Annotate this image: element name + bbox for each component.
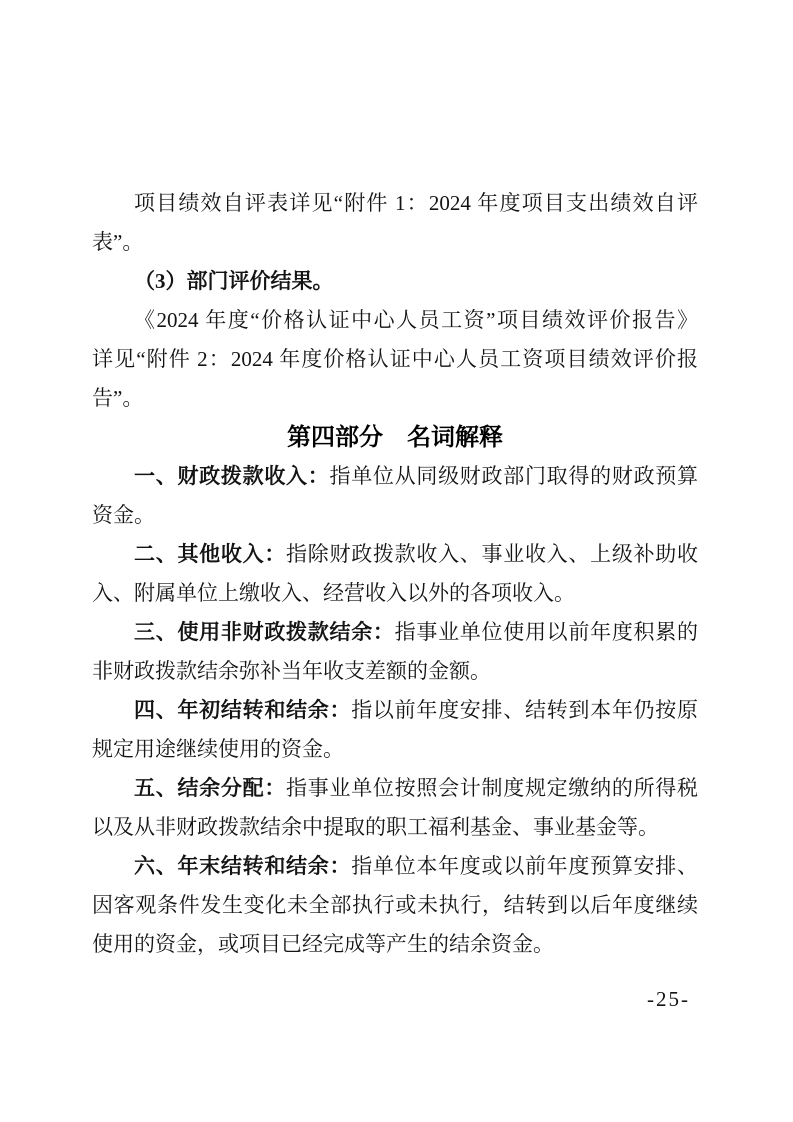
- text-line: 告”。: [92, 379, 698, 418]
- section-heading: 第四部分 名词解释: [92, 418, 698, 457]
- term-text: 一、财政拨款收入：: [134, 464, 329, 488]
- text-line: 一、财政拨款收入：指单位从同级财政部门取得的财政预算: [92, 457, 698, 496]
- document-page: 项目绩效自评表详见“附件 1：2024 年度项目支出绩效自评表”。（3）部门评价…: [0, 0, 793, 1122]
- body-text: 《2024 年度“价格认证中心人员工资”项目绩效评价报告》: [134, 308, 698, 332]
- body-text: 指单位从同级财政部门取得的财政预算: [329, 464, 698, 488]
- body-text: 规定用途继续使用的资金。: [92, 737, 344, 761]
- body-text: 指事业单位使用以前年度积累的: [395, 620, 698, 644]
- term-text: （3）部门评价结果。: [134, 269, 334, 293]
- text-line: 《2024 年度“价格认证中心人员工资”项目绩效评价报告》: [92, 301, 698, 340]
- document-body: 项目绩效自评表详见“附件 1：2024 年度项目支出绩效自评表”。（3）部门评价…: [92, 184, 698, 964]
- text-line: 以及从非财政拨款结余中提取的职工福利基金、事业基金等。: [92, 808, 698, 847]
- body-text: 指以前年度安排、结转到本年仍按原: [351, 698, 698, 722]
- body-text: 指单位本年度或以前年度预算安排、: [351, 854, 698, 878]
- text-line: 六、年末结转和结余：指单位本年度或以前年度预算安排、: [92, 847, 698, 886]
- text-line: 资金。: [92, 496, 698, 535]
- body-text: 指事业单位按照会计制度规定缴纳的所得税: [286, 776, 698, 800]
- term-text: 五、结余分配：: [134, 776, 286, 800]
- text-line: 规定用途继续使用的资金。: [92, 730, 698, 769]
- body-text: 项目绩效自评表详见“附件 1：2024 年度项目支出绩效自评: [134, 191, 698, 215]
- text-line: 使用的资金，或项目已经完成等产生的结余资金。: [92, 925, 698, 964]
- text-line: 因客观条件发生变化未全部执行或未执行，结转到以后年度继续: [92, 886, 698, 925]
- body-text: 表”。: [92, 230, 143, 254]
- text-line: 入、附属单位上缴收入、经营收入以外的各项收入。: [92, 574, 698, 613]
- term-text: 六、年末结转和结余：: [134, 854, 351, 878]
- text-line: 详见“附件 2：2024 年度价格认证中心人员工资项目绩效评价报: [92, 340, 698, 379]
- body-text: 使用的资金，或项目已经完成等产生的结余资金。: [92, 932, 554, 956]
- text-line: 非财政拨款结余弥补当年收支差额的金额。: [92, 652, 698, 691]
- term-text: 第四部分 名词解释: [287, 424, 503, 451]
- term-text: 二、其他收入：: [134, 542, 286, 566]
- body-text: 入、附属单位上缴收入、经营收入以外的各项收入。: [92, 581, 575, 605]
- body-text: 告”。: [92, 386, 143, 410]
- page-number: -25-: [647, 986, 690, 1012]
- text-line: 二、其他收入：指除财政拨款收入、事业收入、上级补助收: [92, 535, 698, 574]
- body-text: 指除财政拨款收入、事业收入、上级补助收: [286, 542, 698, 566]
- text-line: 五、结余分配：指事业单位按照会计制度规定缴纳的所得税: [92, 769, 698, 808]
- term-text: 四、年初结转和结余：: [134, 698, 351, 722]
- text-line: 表”。: [92, 223, 698, 262]
- term-text: 三、使用非财政拨款结余：: [134, 620, 395, 644]
- body-text: 资金。: [92, 503, 155, 527]
- text-line: 三、使用非财政拨款结余：指事业单位使用以前年度积累的: [92, 613, 698, 652]
- body-text: 因客观条件发生变化未全部执行或未执行，结转到以后年度继续: [92, 893, 698, 917]
- body-text: 非财政拨款结余弥补当年收支差额的金额。: [92, 659, 491, 683]
- text-line: 四、年初结转和结余：指以前年度安排、结转到本年仍按原: [92, 691, 698, 730]
- text-line: 项目绩效自评表详见“附件 1：2024 年度项目支出绩效自评: [92, 184, 698, 223]
- body-text: 以及从非财政拨款结余中提取的职工福利基金、事业基金等。: [92, 815, 659, 839]
- text-line: （3）部门评价结果。: [92, 262, 698, 301]
- body-text: 详见“附件 2：2024 年度价格认证中心人员工资项目绩效评价报: [92, 347, 698, 371]
